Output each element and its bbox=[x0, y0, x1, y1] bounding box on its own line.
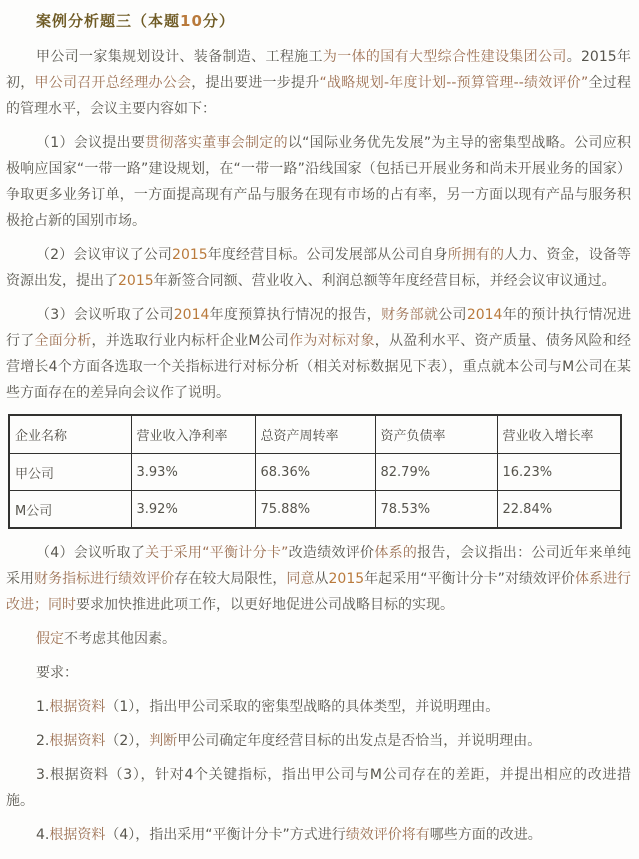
text-segment: 绩效评价将有 bbox=[346, 827, 430, 843]
text-segment: ，并选取行业内标杆企业M公司 bbox=[92, 333, 290, 349]
text-segment: 年度经营目标。公司发展部从公司自身 bbox=[208, 247, 448, 263]
text-segment: 公司 bbox=[438, 307, 467, 323]
table-row-company-a: 甲公司 3.93% 68.36% 82.79% 16.23% bbox=[9, 454, 621, 491]
text-segment: 贯彻落实董事会制定的 bbox=[145, 135, 288, 151]
text-segment: （4），指出采用“平衡计分卡”方式进行 bbox=[105, 827, 345, 843]
assumption-note: 假定不考虑其他因素。 bbox=[6, 626, 631, 652]
text-segment: 存在较大局限性， bbox=[174, 571, 286, 587]
text-segment: 同意 bbox=[286, 571, 314, 587]
text-segment: “战略规划-年度计划--预算管理--绩效评价” bbox=[320, 75, 589, 91]
text-segment: 3.根据资料（3），针对4个关键指标，指出甲公司与M公司存在的差距，并提出相应的… bbox=[6, 767, 631, 809]
table-header-net-profit-margin: 营业收入净利率 bbox=[131, 415, 255, 454]
text-segment: 不考虑其他因素。 bbox=[64, 631, 176, 647]
table-header-asset-turnover: 总资产周转率 bbox=[255, 415, 375, 454]
text-segment: 根据资料 bbox=[49, 827, 105, 843]
table-cell: 3.92% bbox=[131, 491, 255, 529]
table-cell: M公司 bbox=[9, 491, 131, 529]
text-segment: （1），指出甲公司采取的密集型战略的具体类型，并说明理由。 bbox=[105, 699, 499, 715]
text-segment: 分） bbox=[203, 12, 235, 30]
text-segment: 年起采用“平衡计分卡”对绩效评价 bbox=[364, 571, 575, 587]
benchmark-table: 企业名称 营业收入净利率 总资产周转率 资产负债率 营业收入增长率 甲公司 3.… bbox=[8, 414, 622, 529]
text-segment: 关于采用“平衡计分卡” bbox=[145, 545, 288, 561]
text-segment: 根据资料 bbox=[49, 733, 105, 749]
text-segment: （3）会议听取了公司 bbox=[36, 307, 174, 323]
text-segment: 为一体的国有大型综合性建设集团公司 bbox=[323, 49, 567, 65]
text-segment: 从 bbox=[314, 571, 328, 587]
meeting-item-2: （2）会议审议了公司2015年度经营目标。公司发展部从公司自身所拥有的人力、资金… bbox=[6, 242, 631, 294]
text-segment: 全面分析 bbox=[35, 333, 92, 349]
text-segment: 体系的 bbox=[374, 545, 417, 561]
text-segment: 作为对标对象 bbox=[289, 333, 375, 349]
text-segment: 假定 bbox=[36, 631, 64, 647]
table-header-debt-ratio: 资产负债率 bbox=[375, 415, 497, 454]
text-segment: 判断 bbox=[149, 733, 177, 749]
text-segment: 1. bbox=[36, 699, 49, 715]
text-segment: 哪些方面的改进。 bbox=[430, 827, 542, 843]
text-segment: 根据资料 bbox=[49, 699, 105, 715]
text-segment: 年新签合同额、营业收入、利润总额等年度经营目标，并经会议审议通过。 bbox=[154, 273, 616, 289]
table-row-company-m: M公司 3.92% 75.88% 78.53% 22.84% bbox=[9, 491, 621, 529]
text-segment: 2014 bbox=[174, 307, 210, 323]
text-segment: ，提出要进一步提升 bbox=[191, 75, 319, 91]
requirement-3: 3.根据资料（3），针对4个关键指标，指出甲公司与M公司存在的差距，并提出相应的… bbox=[6, 762, 631, 814]
page-title: 案例分析题三（本题10分） bbox=[36, 10, 631, 31]
text-segment: 改造绩效评价 bbox=[288, 545, 374, 561]
meeting-item-3: （3）会议听取了公司2014年度预算执行情况的报告，财务部就公司2014年的预计… bbox=[6, 302, 631, 406]
table-cell: 82.79% bbox=[375, 454, 497, 491]
text-segment: 年度预算执行情况的报告， bbox=[209, 307, 381, 323]
table-cell: 78.53% bbox=[375, 491, 497, 529]
intro-paragraph: 甲公司一家集规划设计、装备制造、工程施工为一体的国有大型综合性建设集团公司。20… bbox=[6, 44, 631, 122]
text-segment: 2014 bbox=[467, 307, 503, 323]
table-cell: 16.23% bbox=[497, 454, 621, 491]
text-segment: 2015 bbox=[172, 247, 208, 263]
text-segment: 要求加快推进此项工作，以更好地促进公司战略目标的实现。 bbox=[76, 597, 454, 613]
text-segment: 甲公司一家集规划设计、装备制造、工程施工 bbox=[36, 49, 323, 65]
text-segment: 4. bbox=[36, 827, 49, 843]
table-cell: 3.93% bbox=[131, 454, 255, 491]
table-header-company: 企业名称 bbox=[9, 415, 131, 454]
text-segment: （4）会议听取了 bbox=[36, 545, 145, 561]
table-cell: 22.84% bbox=[497, 491, 621, 529]
requirement-2: 2.根据资料（2），判断甲公司确定年度经营目标的出发点是否恰当，并说明理由。 bbox=[6, 728, 631, 754]
text-segment: 案例分析题三（本题 bbox=[36, 12, 180, 30]
meeting-item-1: （1）会议提出要贯彻落实董事会制定的以“国际业务优先发展”为主导的密集型战略。公… bbox=[6, 130, 631, 234]
text-segment: （2）会议审议了公司 bbox=[36, 247, 172, 263]
text-segment: 2015 bbox=[329, 571, 365, 587]
text-segment: 10 bbox=[180, 12, 203, 30]
document-page: 案例分析题三（本题10分） 甲公司一家集规划设计、装备制造、工程施工为一体的国有… bbox=[0, 0, 639, 859]
table-cell: 68.36% bbox=[255, 454, 375, 491]
requirements-label: 要求： bbox=[6, 660, 631, 686]
text-segment: 财务部就 bbox=[381, 307, 438, 323]
text-segment: （1）会议提出要 bbox=[36, 135, 145, 151]
text-segment: 甲公司召开总经理办公会 bbox=[35, 75, 192, 91]
meeting-item-4: （4）会议听取了关于采用“平衡计分卡”改造绩效评价体系的报告，会议指出：公司近年… bbox=[6, 540, 631, 618]
text-segment: 所拥有的 bbox=[448, 247, 504, 263]
text-segment: （2）， bbox=[105, 733, 149, 749]
table-header-row: 企业名称 营业收入净利率 总资产周转率 资产负债率 营业收入增长率 bbox=[9, 415, 621, 454]
text-segment: 财务指标进行绩效评价 bbox=[34, 571, 174, 587]
requirement-4: 4.根据资料（4），指出采用“平衡计分卡”方式进行绩效评价将有哪些方面的改进。 bbox=[6, 822, 631, 848]
requirement-1: 1.根据资料（1），指出甲公司采取的密集型战略的具体类型，并说明理由。 bbox=[6, 694, 631, 720]
table-cell: 甲公司 bbox=[9, 454, 131, 491]
table-cell: 75.88% bbox=[255, 491, 375, 529]
text-segment: 2. bbox=[36, 733, 49, 749]
text-segment: 要求： bbox=[36, 665, 78, 681]
text-segment: 2015 bbox=[118, 273, 154, 289]
table-header-revenue-growth: 营业收入增长率 bbox=[497, 415, 621, 454]
text-segment: 甲公司确定年度经营目标的出发点是否恰当，并说明理由。 bbox=[177, 733, 541, 749]
